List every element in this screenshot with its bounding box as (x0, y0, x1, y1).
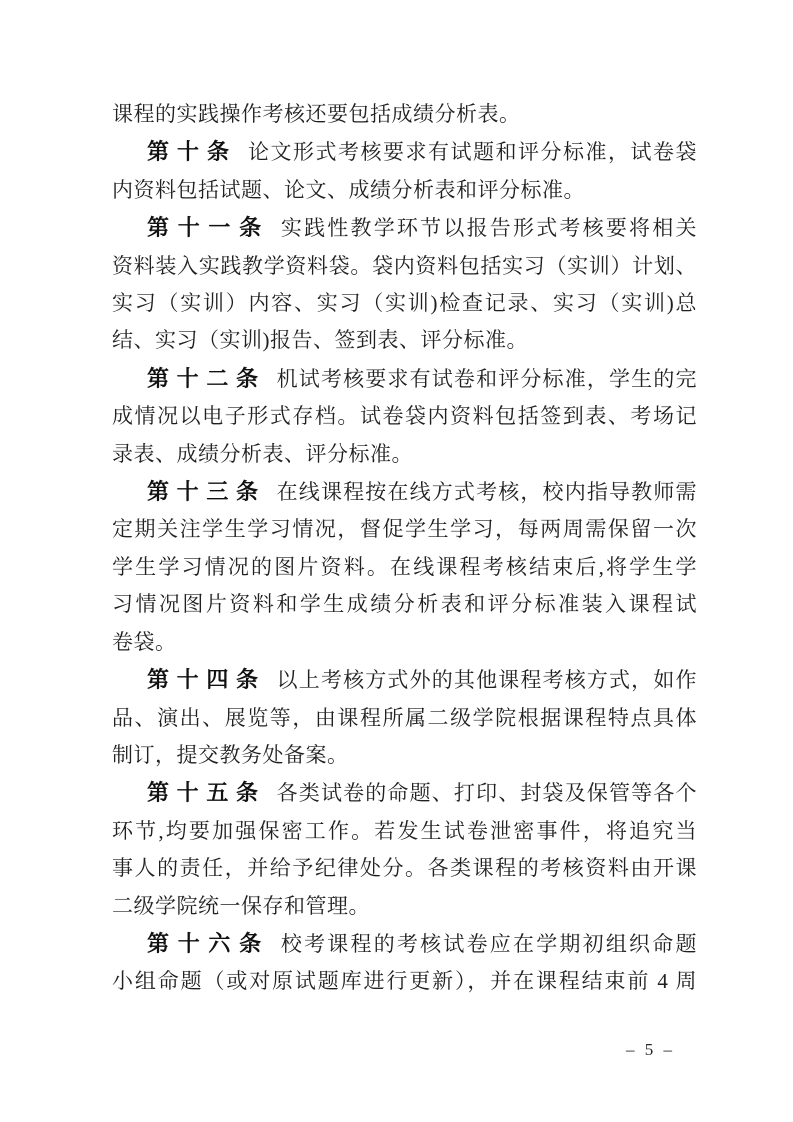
paragraph: 第十五条各类试卷的命题、打印、封袋及保管等各个环节,均要加强保密工作。若发生试卷… (112, 774, 697, 925)
text-line: 第十四条以上考核方式外的其他课程考核方式，如作 (112, 661, 697, 699)
text-line: 资料装入实践教学资料袋。袋内资料包括实习（实训）计划、 (112, 248, 697, 285)
article-number: 第十六条 (147, 931, 270, 956)
article-number: 第十一条 (147, 215, 270, 240)
text-line: 习情况图片资料和学生成绩分析表和评分标准装入课程试 (112, 586, 697, 623)
article-number: 第十四条 (147, 667, 266, 692)
text-line: 实习（实训）内容、实习（实训)检查记录、实习（实训)总 (112, 285, 697, 322)
text-line: 成情况以电子形式存档。试卷袋内资料包括签到表、考场记 (112, 398, 697, 435)
text-line: 卷袋。 (112, 624, 697, 661)
page-number: – 5 – (626, 1040, 675, 1060)
text-line: 课程的实践操作考核还要包括成绩分析表。 (112, 96, 697, 133)
paragraph: 第十六条校考课程的考核试卷应在学期初组织命题小组命题（或对原试题库进行更新），并… (112, 925, 697, 1001)
text-line: 第十六条校考课程的考核试卷应在学期初组织命题 (112, 925, 697, 963)
article-number: 第十二条 (147, 366, 266, 391)
text-line: 定期关注学生学习情况，督促学生学习，每两周需保留一次 (112, 511, 697, 548)
article-number: 第十五条 (147, 780, 266, 805)
paragraph: 第十四条以上考核方式外的其他课程考核方式，如作品、演出、展览等，由课程所属二级学… (112, 661, 697, 774)
text-line: 第十条论文形式考核要求有试题和评分标准，试卷袋 (112, 133, 697, 171)
paragraph: 课程的实践操作考核还要包括成绩分析表。 (112, 96, 697, 133)
paragraph: 第十条论文形式考核要求有试题和评分标准，试卷袋内资料包括试题、论文、成绩分析表和… (112, 133, 697, 209)
document-page: 课程的实践操作考核还要包括成绩分析表。第十条论文形式考核要求有试题和评分标准，试… (0, 0, 793, 1122)
text-line: 品、演出、展览等，由课程所属二级学院根据课程特点具体 (112, 700, 697, 737)
text-line: 小组命题（或对原试题库进行更新），并在课程结束前 4 周 (112, 963, 697, 1000)
text-line: 第十一条实践性教学环节以报告形式考核要将相关 (112, 209, 697, 247)
text-line: 第十二条机试考核要求有试卷和评分标准，学生的完 (112, 360, 697, 398)
text-line: 结、实习（实训)报告、签到表、评分标准。 (112, 322, 697, 359)
text-line: 环节,均要加强保密工作。若发生试卷泄密事件，将追究当 (112, 813, 697, 850)
paragraph: 第十二条机试考核要求有试卷和评分标准，学生的完成情况以电子形式存档。试卷袋内资料… (112, 360, 697, 473)
text-line: 第十五条各类试卷的命题、打印、封袋及保管等各个 (112, 774, 697, 812)
text-line: 二级学院统一保存和管理。 (112, 888, 697, 925)
article-number: 第十条 (147, 139, 237, 164)
text-line: 内资料包括试题、论文、成绩分析表和评分标准。 (112, 172, 697, 209)
article-number: 第十三条 (147, 479, 266, 504)
text-line: 事人的责任，并给予纪律处分。各类课程的考核资料由开课 (112, 850, 697, 887)
paragraph: 第十一条实践性教学环节以报告形式考核要将相关资料装入实践教学资料袋。袋内资料包括… (112, 209, 697, 360)
text-line: 录表、成绩分析表、评分标准。 (112, 436, 697, 473)
text-line: 制订，提交教务处备案。 (112, 737, 697, 774)
document-body: 课程的实践操作考核还要包括成绩分析表。第十条论文形式考核要求有试题和评分标准，试… (112, 96, 697, 1001)
text-line: 第十三条在线课程按在线方式考核，校内指导教师需 (112, 473, 697, 511)
text-line: 学生学习情况的图片资料。在线课程考核结束后,将学生学 (112, 549, 697, 586)
paragraph: 第十三条在线课程按在线方式考核，校内指导教师需定期关注学生学习情况，督促学生学习… (112, 473, 697, 661)
